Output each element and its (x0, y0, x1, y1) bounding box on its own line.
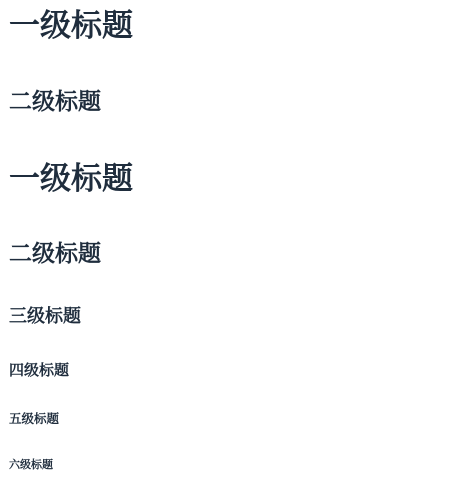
heading-level-2: 二级标题 (9, 91, 101, 114)
heading-level-1: 一级标题 (9, 11, 133, 42)
heading-level-3: 三级标题 (9, 308, 81, 326)
heading-level-6: 六级标题 (9, 459, 53, 470)
heading-level-2: 二级标题 (9, 243, 101, 266)
heading-level-5: 五级标题 (9, 413, 59, 426)
heading-level-4: 四级标题 (9, 363, 69, 378)
heading-level-1: 一级标题 (9, 164, 133, 195)
document-body: 一级标题 二级标题 一级标题 二级标题 三级标题 四级标题 五级标题 六级标题 (0, 0, 455, 484)
